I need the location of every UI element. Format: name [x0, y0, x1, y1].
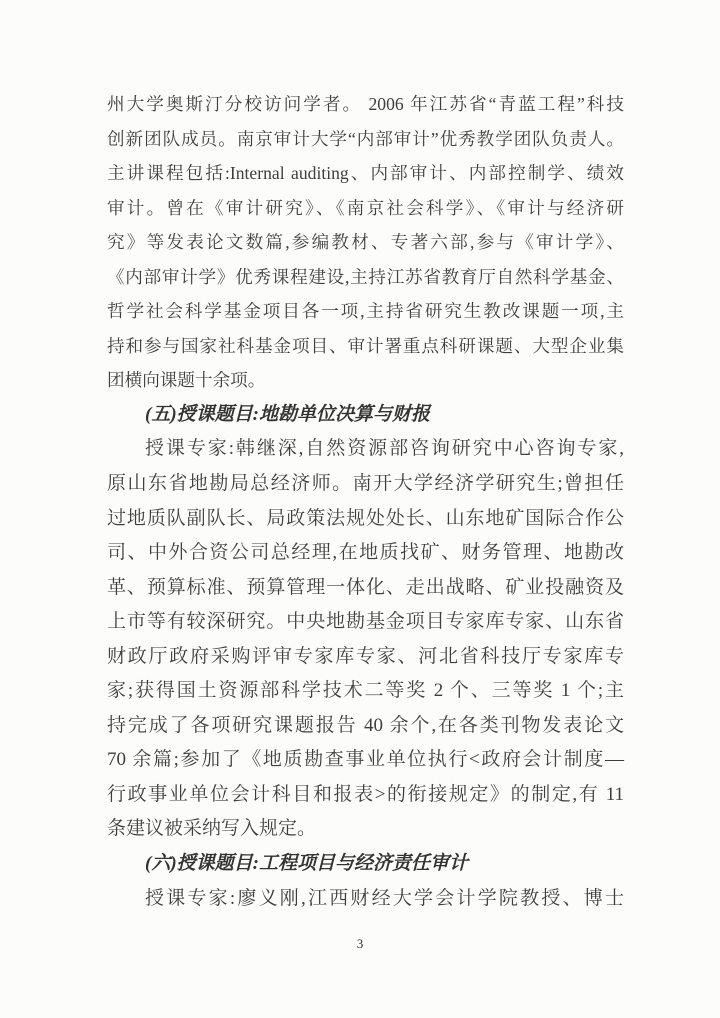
text-line: 创新团队成员。南京审计大学“内部审计”优秀教学团队负责人。: [107, 122, 624, 157]
document-body: 州大学奥斯汀分校访问学者。 2006 年江苏省“青蓝工程”科技创新团队成员。南京…: [107, 87, 624, 916]
text-line: 过地质队副队长、局政策法规处处长、山东地矿国际合作公: [107, 502, 624, 537]
text-line: 授课专家:廖义刚,江西财经大学会计学院教授、博士: [107, 882, 624, 917]
section-heading: (五)授课题目:地勘单位决算与财报: [107, 398, 624, 433]
text-line: 原山东省地勘局总经济师。南开大学经济学研究生;曾担任: [107, 467, 624, 502]
text-line: 持完成了各项研究课题报告 40 余个,在各类刊物发表论文: [107, 709, 624, 744]
text-line: 审计。曾在《审计研究》、《南京社会科学》、《审计与经济研: [107, 191, 624, 226]
section-heading: (六)授课题目:工程项目与经济责任审计: [107, 847, 624, 882]
text-line: 革、预算标准、预算管理一体化、走出战略、矿业投融资及: [107, 571, 624, 606]
text-line: 上市等有较深研究。中央地勘基金项目专家库专家、山东省: [107, 605, 624, 640]
text-line: 财政厅政府采购评审专家库专家、河北省科技厅专家库专: [107, 640, 624, 675]
text-line: 70 余篇;参加了《地质勘查事业单位执行<政府会计制度—: [107, 743, 624, 778]
text-line: 司、中外合资公司总经理,在地质找矿、财务管理、地勘改: [107, 536, 624, 571]
text-line: 条建议被采纳写入规定。: [107, 812, 624, 847]
document-page: 州大学奥斯汀分校访问学者。 2006 年江苏省“青蓝工程”科技创新团队成员。南京…: [0, 0, 720, 1018]
text-line: 州大学奥斯汀分校访问学者。 2006 年江苏省“青蓝工程”科技: [107, 87, 624, 122]
page-number: 3: [0, 936, 720, 952]
text-line: 授课专家:韩继深,自然资源部咨询研究中心咨询专家,: [107, 432, 624, 467]
text-line: 家;获得国土资源部科学技术二等奖 2 个、三等奖 1 个;主: [107, 674, 624, 709]
text-line: 持和参与国家社科基金项目、审计署重点科研课题、大型企业集: [107, 329, 624, 364]
text-line: 主讲课程包括:Internal auditing、内部审计、内部控制学、绩效: [107, 156, 624, 191]
text-line: 团横向课题十余项。: [107, 363, 624, 398]
text-line: 行政事业单位会计科目和报表>的衔接规定》的制定,有 11: [107, 778, 624, 813]
text-line: 《内部审计学》优秀课程建设,主持江苏省教育厅自然科学基金、: [107, 260, 624, 295]
text-line: 哲学社会科学基金项目各一项,主持省研究生教改课题一项,主: [107, 294, 624, 329]
text-line: 究》等发表论文数篇,参编教材、专著六部,参与《审计学》、: [107, 225, 624, 260]
